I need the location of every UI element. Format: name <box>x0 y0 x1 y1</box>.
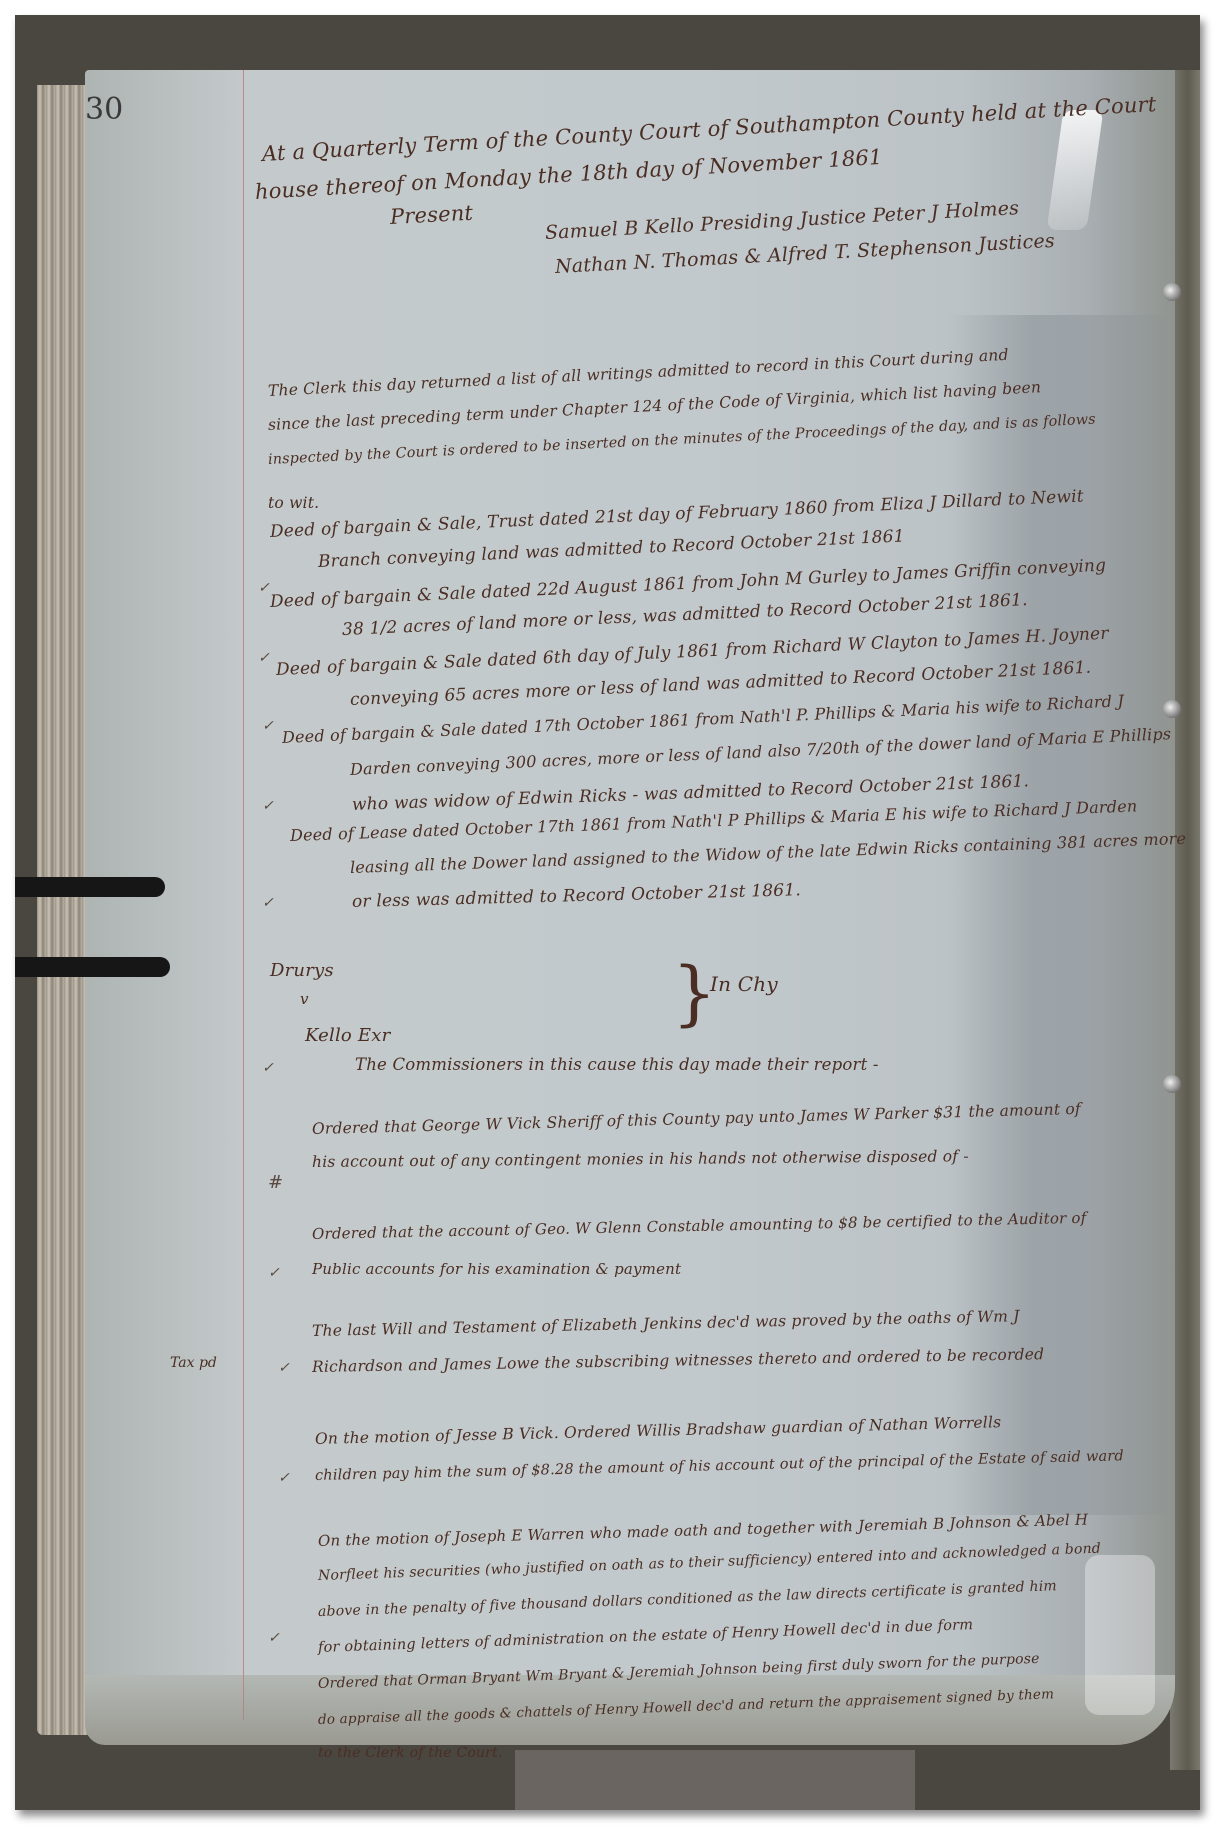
order-line: to the Clerk of the Court. <box>318 1745 503 1761</box>
case-court: In Chy <box>710 972 778 996</box>
ring-hole-icon <box>1163 1075 1181 1093</box>
ring-hole-icon <box>1163 700 1181 718</box>
case-defendant: Kello Exr <box>305 1025 390 1046</box>
check-mark-icon: ✓ <box>278 1360 290 1376</box>
check-mark-icon: ✓ <box>262 718 274 734</box>
ring-hole-icon <box>1163 283 1181 301</box>
case-plaintiff: Drurys <box>270 960 334 981</box>
check-mark-icon: ✓ <box>278 1470 290 1486</box>
case-text: The Commissioners in this cause this day… <box>355 1055 879 1074</box>
check-mark-icon: ✓ <box>268 1265 280 1281</box>
case-versus: v <box>300 990 309 1008</box>
binder-clip-icon <box>15 957 170 977</box>
clerk-entry-line: to wit. <box>268 494 319 512</box>
cloth-beneath <box>515 1750 915 1810</box>
margin-rule <box>243 70 244 1720</box>
order-line: Public accounts for his examination & pa… <box>312 1260 681 1278</box>
check-mark-icon: ✓ <box>268 1630 280 1646</box>
plastic-sleeve-glare-bottom <box>1085 1555 1155 1715</box>
check-mark-icon: ✓ <box>262 1060 274 1076</box>
check-mark-icon: ✓ <box>258 580 270 596</box>
check-mark-icon: ✓ <box>262 895 274 911</box>
binder-clip-icon <box>15 877 165 897</box>
margin-note: Tax pd <box>170 1355 217 1371</box>
page-number: 30 <box>85 92 123 127</box>
hash-mark-icon: # <box>268 1172 283 1193</box>
check-mark-icon: ✓ <box>262 798 274 814</box>
present-label: Present <box>389 201 473 229</box>
check-mark-icon: ✓ <box>258 650 270 666</box>
